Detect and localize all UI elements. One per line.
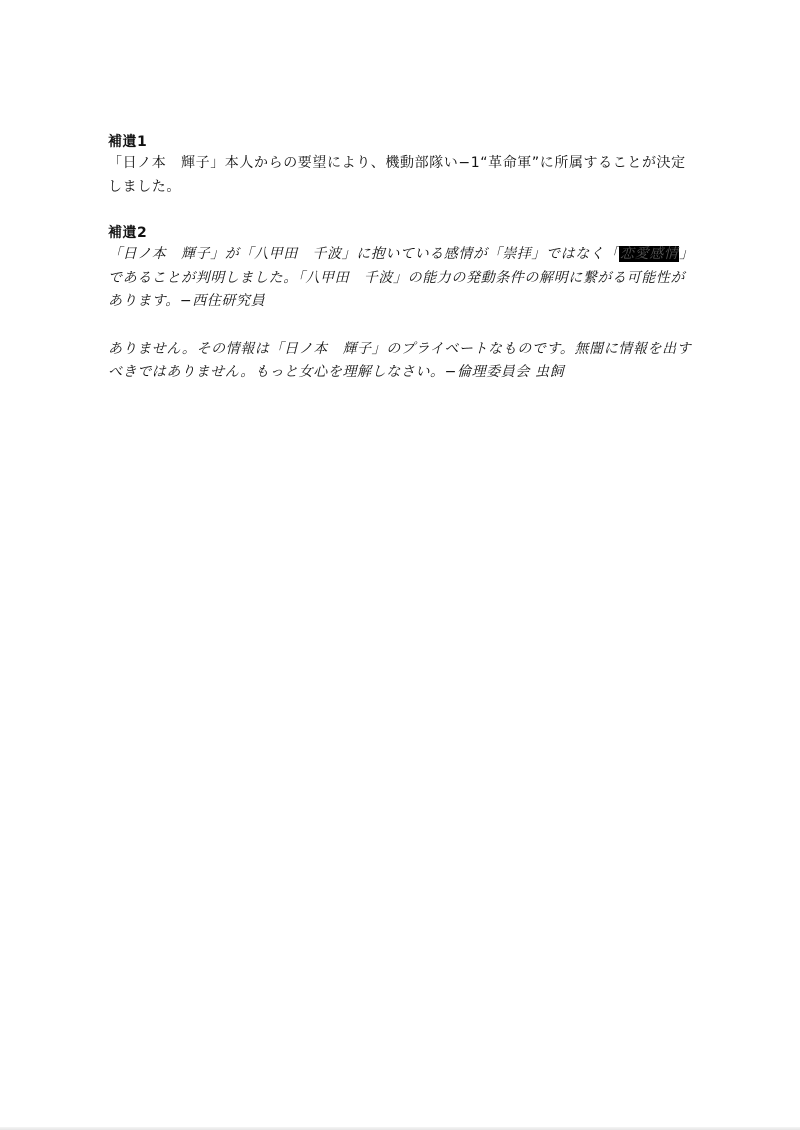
- addendum-2-text-before: 「日ノ本 輝子」が「八甲田 千波」に抱いている感情が「崇拝」ではなく「: [108, 246, 619, 262]
- addendum-1-heading: 補遺1: [108, 132, 698, 152]
- addendum-2-heading: 補遺2: [108, 223, 698, 243]
- document-page: 補遺1 「日ノ本 輝子」本人からの要望により、機動部隊い−1“革命軍”に所属する…: [0, 0, 800, 1130]
- addendum-1: 補遺1 「日ノ本 輝子」本人からの要望により、機動部隊い−1“革命軍”に所属する…: [108, 132, 698, 199]
- addendum-2-body: 「日ノ本 輝子」が「八甲田 千波」に抱いている感情が「崇拝」ではなく「恋愛感情」…: [108, 243, 698, 314]
- ethics-committee-note: ありません。その情報は「日ノ本 輝子」のプライベートなものです。無闇に情報を出す…: [108, 338, 698, 385]
- addendum-1-body: 「日ノ本 輝子」本人からの要望により、機動部隊い−1“革命軍”に所属することが決…: [108, 152, 698, 199]
- document-content: 補遺1 「日ノ本 輝子」本人からの要望により、機動部隊い−1“革命軍”に所属する…: [108, 132, 698, 385]
- addendum-2: 補遺2 「日ノ本 輝子」が「八甲田 千波」に抱いている感情が「崇拝」ではなく「恋…: [108, 223, 698, 314]
- ethics-committee-note-body: ありません。その情報は「日ノ本 輝子」のプライベートなものです。無闇に情報を出す…: [108, 338, 698, 385]
- redacted-text: 恋愛感情: [619, 246, 679, 262]
